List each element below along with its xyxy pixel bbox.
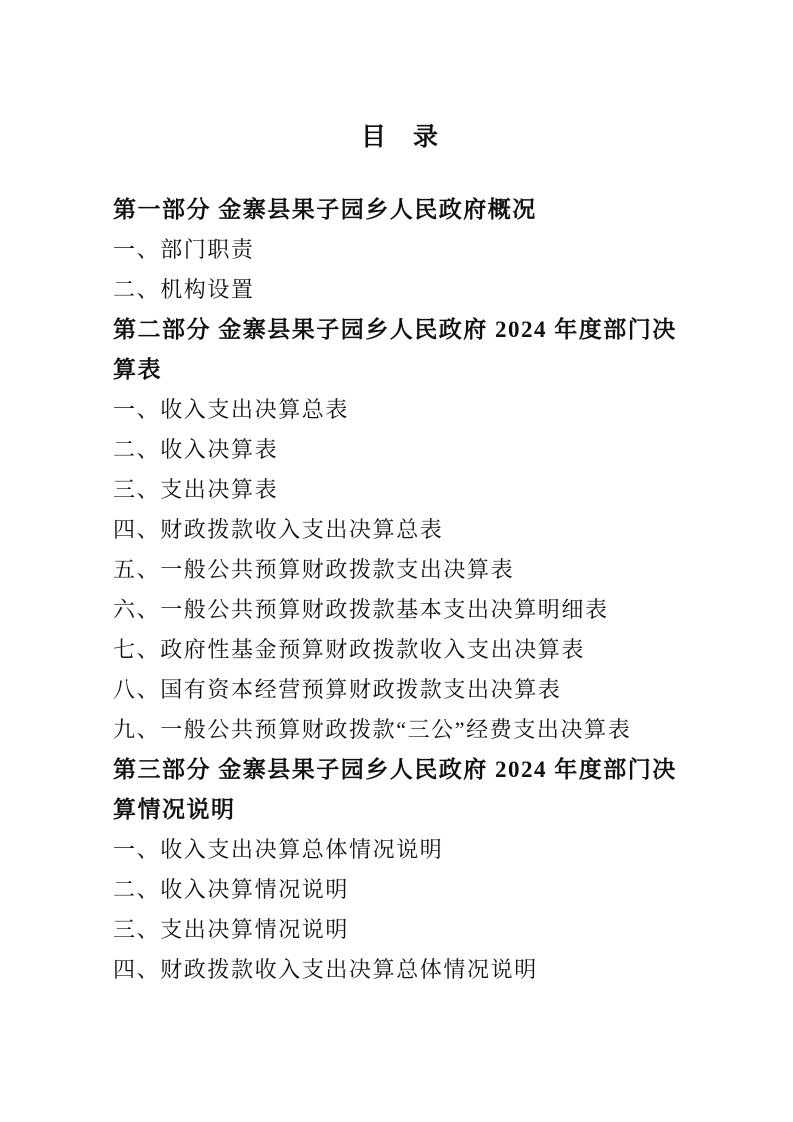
toc-item: 七、政府性基金预算财政拨款收入支出决算表 (113, 630, 687, 670)
toc-item: 一、收入支出决算总体情况说明 (113, 830, 687, 870)
toc-item: 二、收入决算情况说明 (113, 870, 687, 910)
toc-item: 九、一般公共预算财政拨款“三公”经费支出决算表 (113, 710, 687, 750)
section-1-heading: 第一部分 金寨县果子园乡人民政府概况 (113, 190, 687, 230)
toc-item: 三、支出决算情况说明 (113, 910, 687, 950)
document-page: 目 录 第一部分 金寨县果子园乡人民政府概况 一、部门职责 二、机构设置 第二部… (0, 0, 793, 1122)
toc-item: 八、国有资本经营预算财政拨款支出决算表 (113, 670, 687, 710)
toc-item: 二、机构设置 (113, 270, 687, 310)
toc-item: 四、财政拨款收入支出决算总体情况说明 (113, 950, 687, 990)
table-of-contents: 第一部分 金寨县果子园乡人民政府概况 一、部门职责 二、机构设置 第二部分 金寨… (113, 190, 687, 990)
toc-item: 五、一般公共预算财政拨款支出决算表 (113, 550, 687, 590)
toc-item: 四、财政拨款收入支出决算总表 (113, 510, 687, 550)
section-3-heading: 第三部分 金寨县果子园乡人民政府 2024 年度部门决算情况说明 (113, 750, 687, 830)
toc-item: 二、收入决算表 (113, 430, 687, 470)
toc-item: 一、部门职责 (113, 230, 687, 270)
toc-item: 三、支出决算表 (113, 470, 687, 510)
section-2-heading: 第二部分 金寨县果子园乡人民政府 2024 年度部门决算表 (113, 310, 687, 390)
toc-item: 一、收入支出决算总表 (113, 390, 687, 430)
toc-item: 六、一般公共预算财政拨款基本支出决算明细表 (113, 590, 687, 630)
toc-title: 目 录 (113, 118, 687, 158)
